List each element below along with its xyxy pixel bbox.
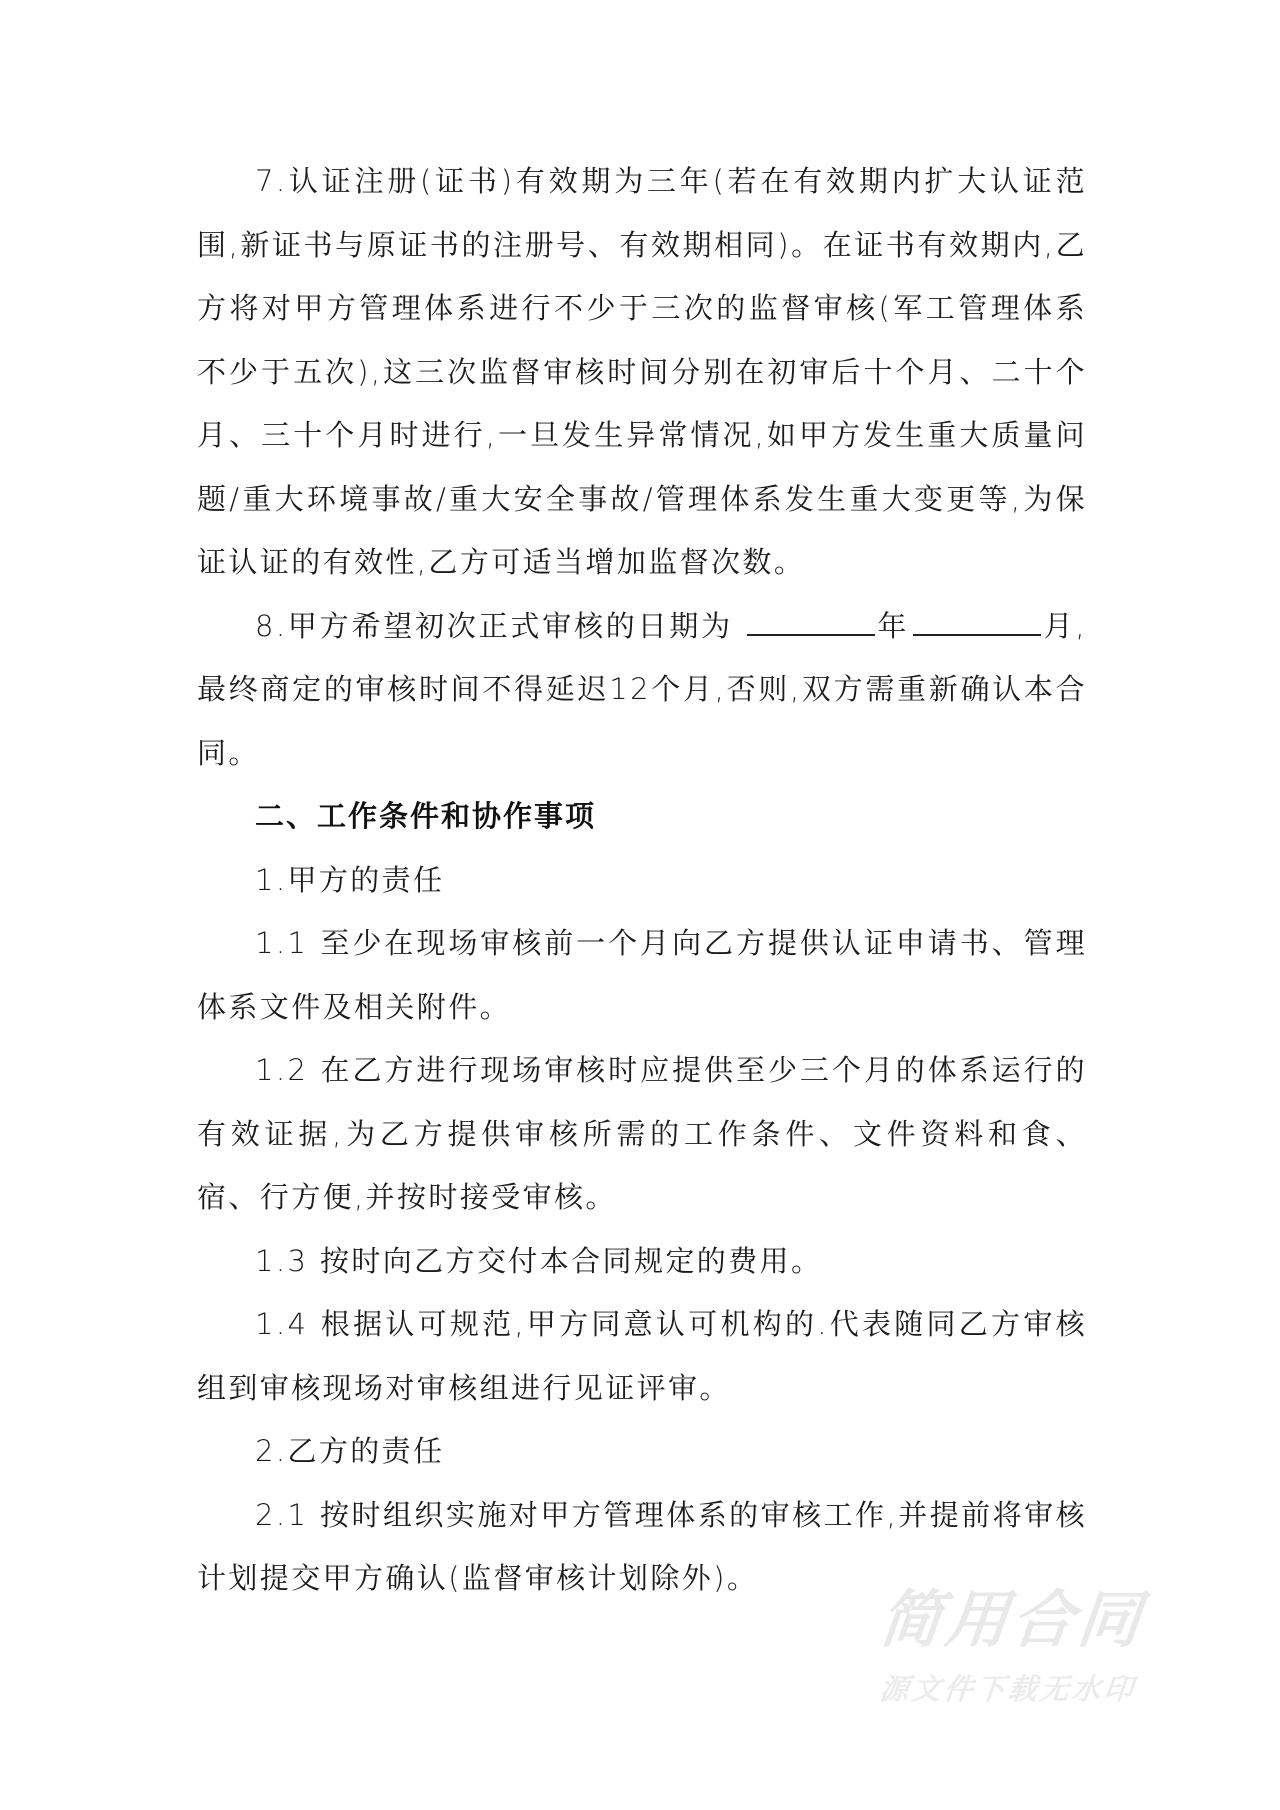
- audit-month-blank: [913, 606, 1041, 636]
- clause-1-2-paragraph: 1.2 在乙方进行现场审核时应提供至少三个月的体系运行的有效证据,为乙方提供审核…: [197, 1039, 1087, 1230]
- clause-1-3-paragraph: 1.3 按时向乙方交付本合同规定的费用。: [197, 1230, 1087, 1294]
- document-page: 7.认证注册(证书)有效期为三年(若在有效期内扩大认证范围,新证书与原证书的注册…: [0, 0, 1280, 1810]
- clause-1-4-paragraph: 1.4 根据认可规范,甲方同意认可机构的.代表随同乙方审核组到审核现场对审核组进…: [197, 1293, 1087, 1420]
- party-a-responsibility-heading: 1.甲方的责任: [197, 849, 1087, 913]
- section-heading-work-conditions: 二、工作条件和协作事项: [197, 785, 1087, 849]
- clause-8-text-before: 8.甲方希望初次正式审核的日期为: [255, 609, 733, 643]
- document-body: 7.认证注册(证书)有效期为三年(若在有效期内扩大认证范围,新证书与原证书的注册…: [197, 150, 1087, 1611]
- watermark-subtitle: 源文件下载无水印: [878, 1667, 1212, 1708]
- clause-1-1-paragraph: 1.1 至少在现场审核前一个月向乙方提供认证申请书、管理体系文件及相关附件。: [197, 912, 1087, 1039]
- year-label: 年: [877, 609, 909, 643]
- clause-7-paragraph: 7.认证注册(证书)有效期为三年(若在有效期内扩大认证范围,新证书与原证书的注册…: [197, 150, 1087, 595]
- month-label: 月: [1043, 609, 1075, 643]
- clause-8-paragraph: 8.甲方希望初次正式审核的日期为年月,最终商定的审核时间不得延迟12个月,否则,…: [197, 595, 1087, 786]
- audit-year-blank: [747, 606, 875, 636]
- party-b-responsibility-heading: 2.乙方的责任: [197, 1420, 1087, 1484]
- clause-2-1-paragraph: 2.1 按时组织实施对甲方管理体系的审核工作,并提前将审核计划提交甲方确认(监督…: [197, 1484, 1087, 1611]
